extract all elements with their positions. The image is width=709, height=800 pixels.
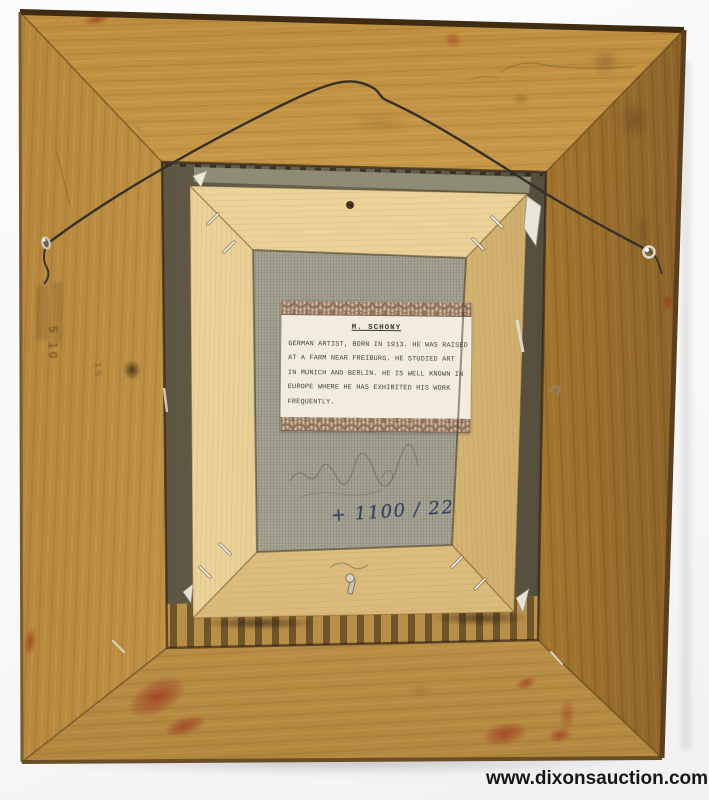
label-line: AT A FARM NEAR FREIBURG. HE STUDIED ART	[288, 351, 464, 367]
wood-knot	[512, 94, 530, 104]
frame-side-shadow	[682, 60, 694, 750]
wood-stain	[350, 112, 410, 134]
dark-stain	[123, 360, 141, 380]
artist-info-label: M. SCHONY GERMAN ARTIST, BORN IN 1913. H…	[280, 301, 471, 433]
wood-stain	[590, 48, 620, 76]
label-line: EUROPE WHERE HE HAS EXHIBITED HIS WORK	[288, 380, 464, 396]
label-text-area: M. SCHONY GERMAN ARTIST, BORN IN 1913. H…	[280, 315, 471, 419]
label-title: M. SCHONY	[288, 323, 464, 333]
auction-watermark: www.dixonsauction.com	[486, 768, 706, 790]
lace-border-bottom	[280, 417, 470, 433]
stamp-number: 15	[92, 362, 103, 379]
label-line: FREQUENTLY.	[288, 395, 464, 411]
wood-stain	[634, 208, 650, 256]
photo-of-frame-back: 5 10 15 M. SCHONY GERMAN ARTIST, BORN IN…	[0, 0, 709, 800]
wood-stain	[620, 100, 650, 140]
ledge-wear-mark	[200, 616, 320, 630]
wood-stain	[408, 686, 434, 696]
stamp-number: 5 10	[46, 326, 60, 361]
red-paint-stain	[663, 295, 672, 309]
